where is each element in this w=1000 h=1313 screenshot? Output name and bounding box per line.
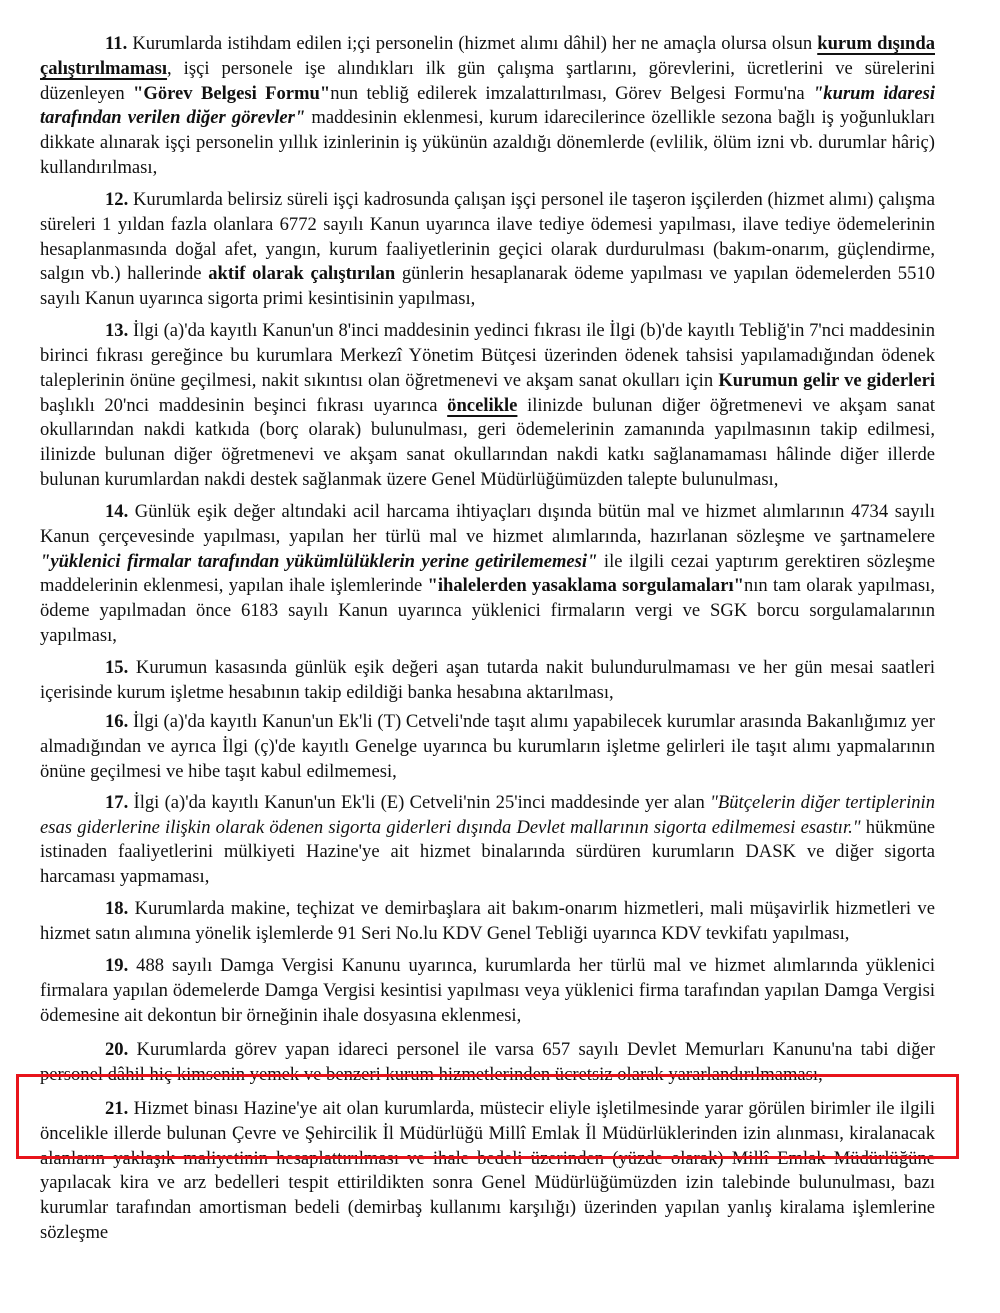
item-text: Günlük eşik değer altındaki acil harcama… [40,501,935,547]
item-text: Kurumlarda görev yapan idareci personel … [40,1039,935,1085]
item-number: 16. [105,711,128,732]
item-text: Kurumun gelir ve giderleri [718,370,935,391]
list-item-12: 12. Kurumlarda belirsiz süreli işçi kadr… [40,188,935,312]
document-page: 11. Kurumlarda istihdam edilen i;çi pers… [40,32,935,1246]
item-text: başlıklı 20'nci maddesinin beşinci fıkra… [40,395,447,416]
item-text: kurum dışında [817,33,935,54]
item-text: Kurumlarda istihdam edilen i;çi personel… [127,33,817,54]
item-number: 13. [105,320,128,341]
item-text: 488 sayılı Damga Vergisi Kanunu uyarınca… [40,955,935,1026]
item-number: 18. [105,898,128,919]
list-item-19: 19. 488 sayılı Damga Vergisi Kanunu uyar… [40,954,935,1029]
item-number: 15. [105,657,128,678]
item-number: 19. [105,955,128,976]
item-text: İlgi (a)'da kayıtlı Kanun'un Ek'li (T) C… [40,711,935,782]
item-text: İlgi (a)'da kayıtlı Kanun'un Ek'li (E) C… [128,792,710,813]
list-item-16: 16. İlgi (a)'da kayıtlı Kanun'un Ek'li (… [40,710,935,785]
item-number: 17. [105,792,128,813]
list-item-20: 20. Kurumlarda görev yapan idareci perso… [40,1038,935,1088]
item-text: Kurumun kasasında günlük eşik değeri aşa… [40,657,935,703]
item-text: çalıştırılmaması [40,58,167,79]
item-number: 12. [105,189,128,210]
item-text: "Görev Belgesi Formu" [133,83,330,104]
item-text: Kurumlarda makine, teçhizat ve demirbaşl… [40,898,935,944]
list-item-14: 14. Günlük eşik değer altındaki acil har… [40,500,935,649]
item-text: "yüklenici firmalar tarafından yükümlülü… [40,551,597,572]
item-text: Hizmet binası Hazine'ye ait olan kurumla… [40,1098,935,1243]
list-item-13: 13. İlgi (a)'da kayıtlı Kanun'un 8'inci … [40,319,935,493]
item-text: "ihalelerden yasaklama sorgulamaları" [428,575,744,596]
item-text: öncelikle [447,395,517,416]
list-item-18: 18. Kurumlarda makine, teçhizat ve demir… [40,897,935,947]
item-number: 21. [105,1098,128,1119]
list-item-11: 11. Kurumlarda istihdam edilen i;çi pers… [40,32,935,181]
item-number: 14. [105,501,128,522]
list-item-15: 15. Kurumun kasasında günlük eşik değeri… [40,656,935,706]
list-item-21: 21. Hizmet binası Hazine'ye ait olan kur… [40,1097,935,1246]
item-text: aktif olarak çalıştırılan [208,263,395,284]
item-number: 20. [105,1039,128,1060]
list-item-17: 17. İlgi (a)'da kayıtlı Kanun'un Ek'li (… [40,791,935,891]
item-number: 11. [105,33,127,54]
item-text: nun tebliğ edilerek imzalattırılması, Gö… [330,83,813,104]
